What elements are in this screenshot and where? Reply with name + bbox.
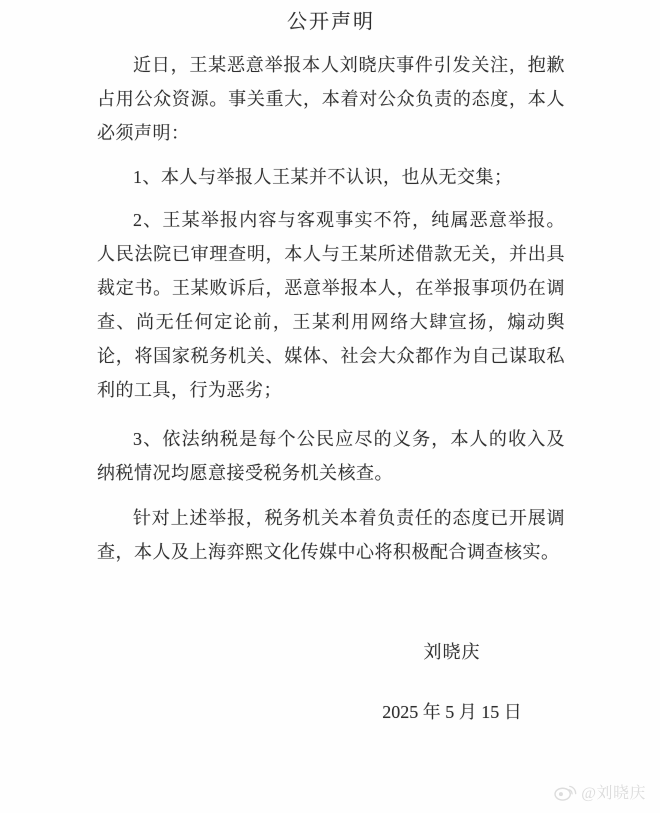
statement-intro-paragraph: 近日，王某恶意举报本人刘晓庆事件引发关注，抱歉占用公众资源。事关重大，本着对公众… <box>97 48 565 150</box>
statement-document: 公开声明 近日，王某恶意举报本人刘晓庆事件引发关注，抱歉占用公众资源。事关重大，… <box>0 0 660 813</box>
statement-item-3: 3、依法纳税是每个公民应尽的义务，本人的收入及纳税情况均愿意接受税务机关核查。 <box>97 422 565 490</box>
document-date: 2025 年 5 月 15 日 <box>332 695 572 729</box>
document-title: 公开声明 <box>97 8 565 36</box>
statement-item-1: 1、本人与举报人王某并不认识，也从无交集； <box>97 160 565 194</box>
signature-block: 刘晓庆 2025 年 5 月 15 日 <box>332 635 572 729</box>
weibo-icon <box>554 782 577 801</box>
weibo-watermark: @刘晓庆 <box>554 780 646 803</box>
signature-name: 刘晓庆 <box>332 635 572 669</box>
watermark-handle: @刘晓庆 <box>581 780 646 803</box>
statement-item-2: 2、王某举报内容与客观事实不符，纯属恶意举报。人民法院已审理查明，本人与王某所述… <box>97 203 565 407</box>
statement-closing-paragraph: 针对上述举报，税务机关本着负责任的态度已开展调查，本人及上海弈熙文化传媒中心将积… <box>97 501 565 569</box>
